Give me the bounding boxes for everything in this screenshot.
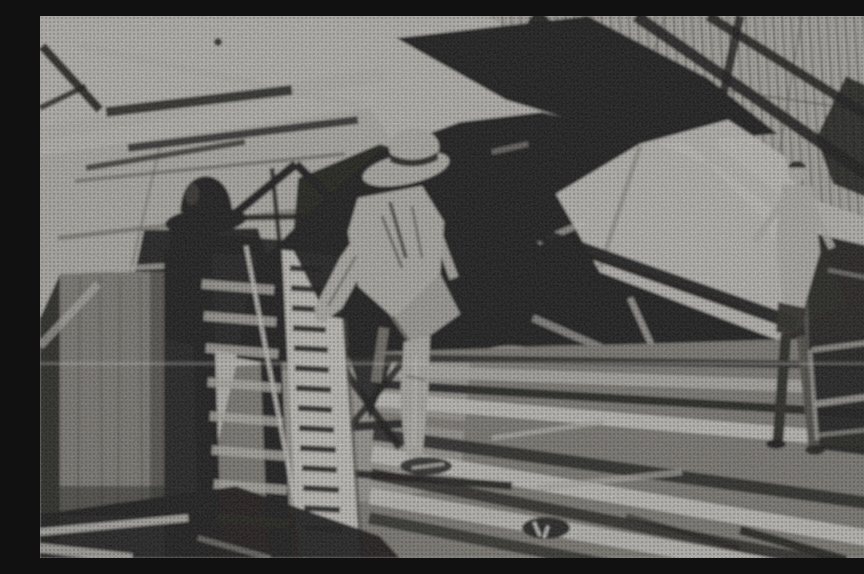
photo-canvas xyxy=(40,16,864,558)
newspaper-photo: Grainy black-and-white press photograph … xyxy=(40,16,864,558)
film-grain xyxy=(40,16,864,558)
